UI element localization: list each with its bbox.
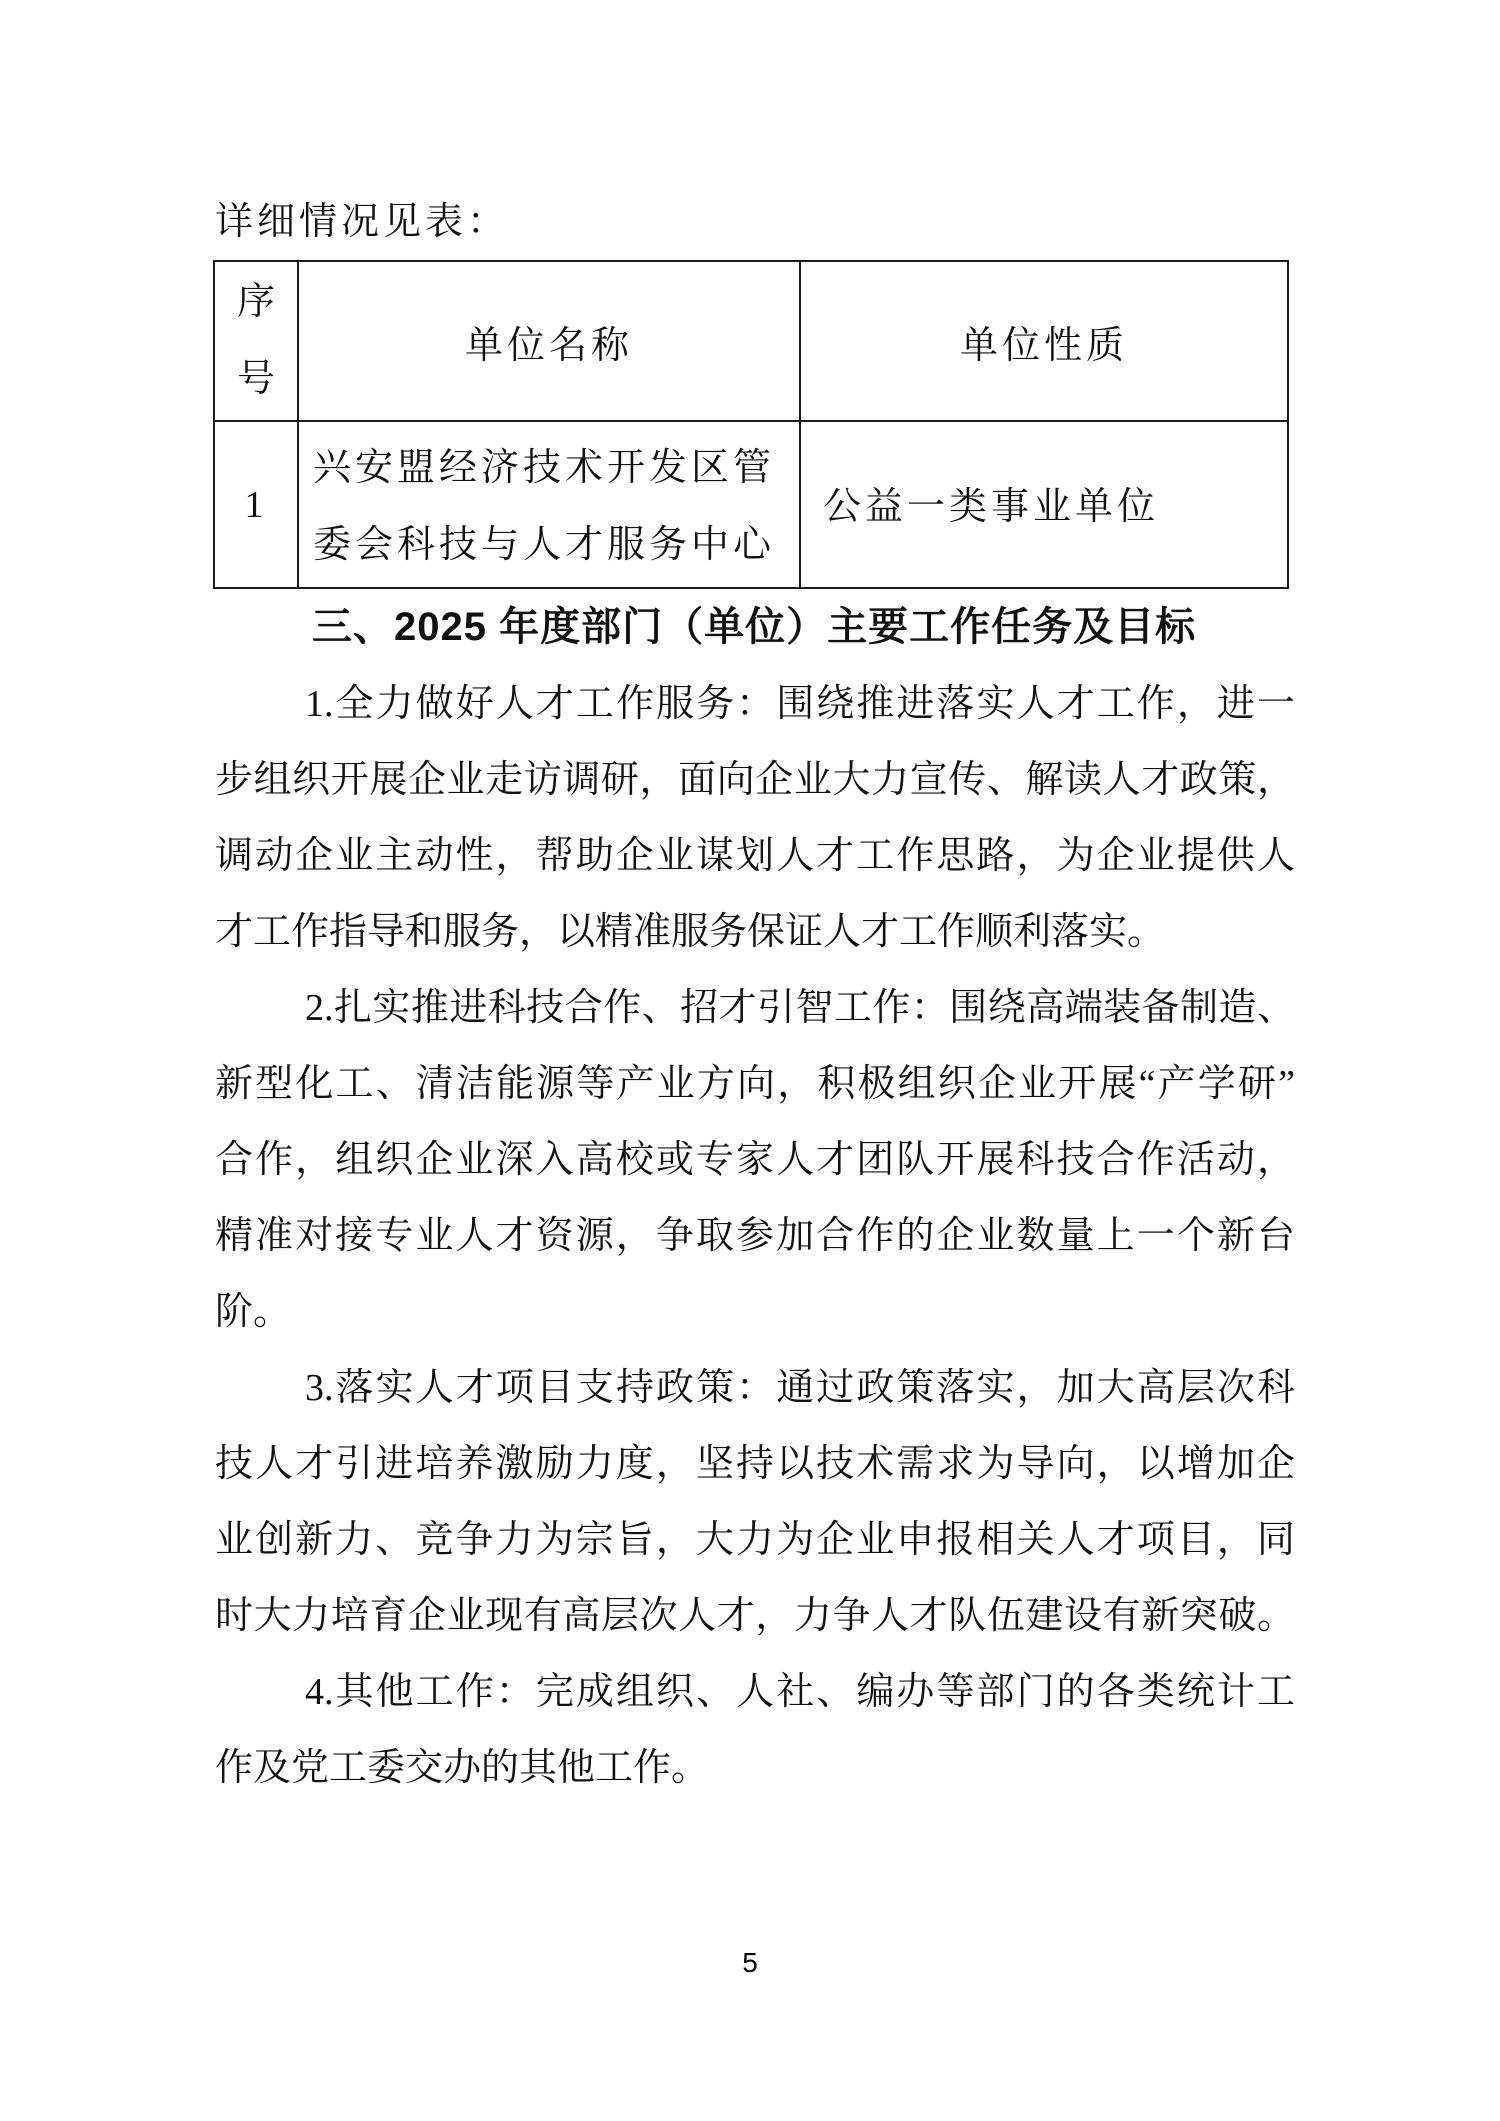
body-line: 3.落实人才项目支持政策：通过政策落实，加大高层次科 <box>215 1350 1295 1426</box>
body-line: 4.其他工作：完成组织、人社、编办等部门的各类统计工 <box>215 1654 1295 1730</box>
page-number: 5 <box>0 1933 1500 1993</box>
header-cell-unit-name: 单位名称 <box>298 261 800 421</box>
unit-name-line2: 委会科技与人才服务中心 <box>299 507 799 584</box>
header-seq-line1: 序 <box>215 264 297 341</box>
body-line: 合作，组织企业深入高校或专家人才团队开展科技合作活动， <box>215 1122 1295 1198</box>
body-line: 技人才引进培养激励力度，坚持以技术需求为导向，以增加企 <box>215 1426 1295 1502</box>
document-page: 详细情况见表： 序 号 单位名称 单位性质 1 兴安盟经济技术开发区管 委会科技… <box>0 0 1500 2121</box>
body-line: 新型化工、清洁能源等产业方向，积极组织企业开展“产学研” <box>215 1046 1295 1122</box>
body-line: 调动企业主动性，帮助企业谋划人才工作思路，为企业提供人 <box>215 818 1295 894</box>
header-seq-line2: 号 <box>215 341 297 418</box>
body-line: 业创新力、竞争力为宗旨，大力为企业申报相关人才项目，同 <box>215 1502 1295 1578</box>
body-line: 时大力培育企业现有高层次人才，力争人才队伍建设有新突破。 <box>215 1578 1295 1654</box>
cell-unit-nature: 公益一类事业单位 <box>800 421 1288 588</box>
cell-row-index: 1 <box>214 421 298 588</box>
body-line: 精准对接专业人才资源，争取参加合作的企业数量上一个新台 <box>215 1198 1295 1274</box>
body-line: 2.扎实推进科技合作、招才引智工作：围绕高端装备制造、 <box>215 970 1295 1046</box>
body-line: 作及党工委交办的其他工作。 <box>215 1730 1295 1806</box>
cell-unit-name: 兴安盟经济技术开发区管 委会科技与人才服务中心 <box>298 421 800 588</box>
intro-text: 详细情况见表： <box>215 184 1295 260</box>
body-line: 阶。 <box>215 1274 1295 1350</box>
body-line: 步组织开展企业走访调研，面向企业大力宣传、解读人才政策， <box>215 742 1295 818</box>
body-line: 才工作指导和服务，以精准服务保证人才工作顺利落实。 <box>215 894 1295 970</box>
body-text: 1.全力做好人才工作服务：围绕推进落实人才工作，进一步组织开展企业走访调研，面向… <box>215 666 1295 1806</box>
header-cell-seq: 序 号 <box>214 261 298 421</box>
units-table: 序 号 单位名称 单位性质 1 兴安盟经济技术开发区管 委会科技与人才服务中心 … <box>213 260 1289 589</box>
body-line: 1.全力做好人才工作服务：围绕推进落实人才工作，进一 <box>215 666 1295 742</box>
section-heading: 三、2025 年度部门（单位）主要工作任务及目标 <box>215 589 1295 665</box>
header-cell-unit-nature: 单位性质 <box>800 261 1288 421</box>
table-row: 1 兴安盟经济技术开发区管 委会科技与人才服务中心 公益一类事业单位 <box>214 421 1288 588</box>
table-header-row: 序 号 单位名称 单位性质 <box>214 261 1288 421</box>
unit-name-line1: 兴安盟经济技术开发区管 <box>299 430 799 507</box>
